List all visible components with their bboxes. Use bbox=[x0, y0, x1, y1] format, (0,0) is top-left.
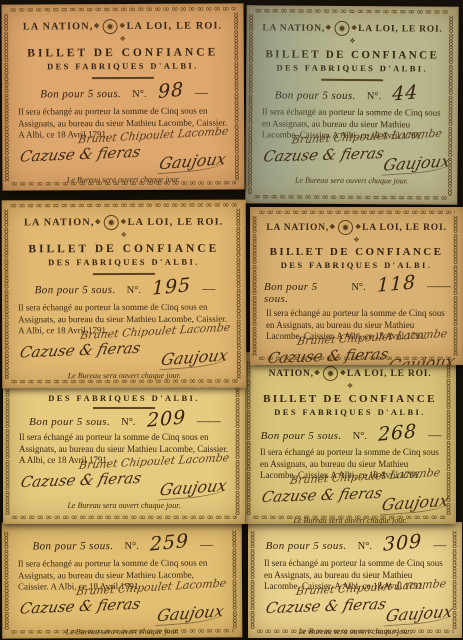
billet-note: LA NATION, LA LOI, LE ROI. BILLET DE CON… bbox=[248, 522, 462, 638]
serial-dash: — bbox=[200, 537, 211, 553]
serial-dash: —— bbox=[427, 278, 449, 294]
divider-rule bbox=[92, 77, 154, 79]
serial-number: 44 bbox=[392, 86, 418, 100]
serial-dash: — bbox=[428, 427, 439, 443]
billet-note: LA NATION, LA LOI, LE ROI. BILLET DE CON… bbox=[2, 200, 247, 389]
diamond-ornament-icon bbox=[264, 237, 449, 244]
rosette-icon bbox=[334, 21, 349, 36]
header-right-label: LA LOI, LE ROI. bbox=[347, 369, 432, 379]
billet-note: LA NATION, LA LOI, LE ROI. BILLET DE CON… bbox=[250, 207, 463, 365]
note-subtitle: DES FABRIQUES D'ALBI. bbox=[264, 260, 449, 270]
signature-right: Gaujoux bbox=[384, 602, 455, 627]
signature-right: Gaujoux bbox=[386, 352, 457, 365]
note-face: LA NATION, LA LOI, LE ROI. BILLET DE CON… bbox=[2, 3, 245, 190]
serial-number: 195 bbox=[152, 279, 191, 295]
serial-prefix: N°. bbox=[121, 417, 135, 428]
denomination-line: Bon pour 5 sous. N°. 259 — bbox=[16, 536, 228, 553]
denomination-line: Bon pour 5 sous. N°. 195 — bbox=[16, 281, 232, 298]
serial-number: 98 bbox=[158, 84, 184, 98]
note-face: LA NATION, LA LOI, LE ROI. BILLET DE CON… bbox=[250, 207, 463, 365]
signature-left: Cazuse & fieras bbox=[18, 143, 142, 166]
signature-left: Cazuse & fieras bbox=[260, 484, 384, 506]
serial-prefix: N°. bbox=[351, 282, 365, 293]
signature-right: Gaujoux bbox=[158, 149, 229, 174]
divider-rule bbox=[321, 79, 383, 81]
serial-number: 118 bbox=[377, 276, 416, 291]
serial-number: 309 bbox=[383, 535, 422, 550]
note-subtitle: DES FABRIQUES D'ALBI. bbox=[260, 62, 444, 73]
signature-row: Cazuse & fieras Gaujoux bbox=[17, 471, 231, 498]
billet-note: LA NATION, LA LOI, LE ROI. BILLET DE CON… bbox=[2, 3, 245, 190]
header-right-label: LA LOI, LE ROI. bbox=[127, 20, 223, 32]
denomination-label: Bon pour 5 sous. bbox=[275, 89, 356, 102]
diamond-ornament-icon bbox=[16, 232, 232, 240]
serial-number: 209 bbox=[147, 411, 186, 426]
signature-right: Gaujoux bbox=[160, 345, 231, 370]
signature-left: Cazuse & fieras bbox=[264, 595, 388, 617]
diamond-ornament-icon bbox=[260, 37, 444, 45]
signature-row: Cazuse & fieras Gaujoux bbox=[16, 145, 230, 173]
serial-prefix: N°. bbox=[124, 541, 138, 552]
denomination-line: Bon pour 5 sous. N°. 98 — bbox=[16, 84, 230, 101]
denomination-line: Bon pour 5 sous. N°. 268 — bbox=[258, 427, 442, 443]
header-left-label: LA NATION, bbox=[262, 23, 325, 33]
signature-row: Cazuse & fieras Gaujoux bbox=[16, 597, 228, 625]
note-face: NATION, LA LOI, LE ROI. BILLET DE CONFIA… bbox=[244, 352, 456, 524]
note-title: BILLET DE CONFIANCE bbox=[260, 48, 444, 61]
serial-dash: — bbox=[202, 281, 213, 297]
rosette-icon bbox=[103, 19, 118, 34]
header-left-label: LA NATION, bbox=[24, 217, 95, 228]
serial-dash: — bbox=[195, 85, 206, 101]
note-header: LA NATION, LA LOI, LE ROI. bbox=[16, 18, 230, 34]
signature-row: Cazuse & fieras Gaujoux bbox=[258, 486, 442, 513]
denomination-label: Bon pour 5 sous. bbox=[29, 416, 110, 428]
note-subtitle: DES FABRIQUES D'ALBI. bbox=[258, 407, 442, 417]
signature-left: Cazuse & fieras bbox=[18, 339, 142, 362]
denomination-label: Bon pour 5 sous. bbox=[32, 540, 113, 552]
denomination-line: Bon pour 5 sous. N°. 309 — bbox=[262, 537, 448, 553]
serial-prefix: N°. bbox=[358, 541, 372, 552]
serial-prefix: N°. bbox=[127, 285, 141, 296]
diamond-ornament-icon bbox=[16, 35, 230, 43]
header-left-label: NATION, bbox=[269, 369, 314, 379]
serial-dash: — bbox=[433, 537, 444, 553]
header-left-label: LA NATION, bbox=[23, 21, 94, 32]
billet-note: NATION, LA LOI, LE ROI. BILLET DE CONFIA… bbox=[244, 352, 456, 524]
divider-rule bbox=[93, 273, 155, 275]
header-right-label: LA LOI, LE ROI. bbox=[128, 217, 224, 228]
header-right-label: LA LOI, LE ROI. bbox=[362, 223, 447, 233]
footer-text: Le Bureau sera ouvert chaque jour. bbox=[17, 501, 231, 510]
serial-prefix: N°. bbox=[353, 431, 367, 442]
billet-note: LA NATION, LA LOI, LE ROI. BILLET DE CON… bbox=[245, 5, 458, 204]
note-subtitle: DES FABRIQUES D'ALBI. bbox=[16, 60, 230, 71]
note-title: BILLET DE CONFIANCE bbox=[264, 246, 449, 258]
footer-text: Le Bureau sera ouvert chaque jour. bbox=[16, 175, 230, 185]
diamond-ornament-icon bbox=[258, 383, 442, 390]
footer-text: Le Bureau sera ouvert chaque jour. bbox=[258, 516, 442, 524]
signature-left: Cazuse & fieras bbox=[18, 595, 142, 618]
rosette-icon bbox=[104, 215, 119, 230]
signature-right: Gaujoux bbox=[380, 491, 451, 516]
signature-row: Cazuse & fieras Gaujoux bbox=[260, 145, 444, 173]
signature-left: Cazuse & fieras bbox=[19, 469, 143, 491]
signature-left: Cazuse & fieras bbox=[262, 144, 386, 165]
denomination-label: Bon pour 5 sous. bbox=[264, 281, 340, 305]
footer-text: Le Bureau sera ouvert chaque jour. bbox=[16, 371, 232, 381]
note-header: LA NATION, LA LOI, LE ROI. bbox=[16, 215, 232, 231]
serial-number: 259 bbox=[150, 535, 189, 551]
signature-left: Cazuse & fieras bbox=[266, 345, 390, 365]
note-title: BILLET DE CONFIANCE bbox=[16, 46, 230, 59]
signature-row: Cazuse & fieras Gaujoux bbox=[262, 597, 448, 624]
serial-number: 268 bbox=[378, 425, 417, 440]
note-subtitle: DES FABRIQUES D'ALBI. bbox=[16, 257, 232, 268]
signature-right: Gaujoux bbox=[382, 151, 453, 175]
divider-rule bbox=[93, 407, 155, 409]
note-header: LA NATION, LA LOI, LE ROI. bbox=[260, 20, 444, 36]
signature-row: Cazuse & fieras Gaujoux bbox=[16, 341, 232, 369]
signature-row: Cazuse & fieras Gaujoux bbox=[264, 347, 449, 365]
denomination-label: Bon pour 5 sous. bbox=[35, 284, 116, 296]
note-title: BILLET DE CONFIANCE bbox=[258, 393, 442, 405]
signature-right: Gaujoux bbox=[158, 476, 229, 501]
note-face: LA NATION, LA LOI, LE ROI. BILLET DE CON… bbox=[248, 522, 462, 638]
note-subtitle: DES FABRIQUES D'ALBI. bbox=[17, 393, 231, 403]
note-header: NATION, LA LOI, LE ROI. bbox=[258, 366, 442, 381]
note-title: BILLET DE CONFIANCE bbox=[16, 243, 232, 256]
footer-text: Le Bureau sera ouvert chaque jour. bbox=[259, 175, 443, 185]
serial-dash: —— bbox=[197, 413, 219, 429]
header-left-label: LA NATION, bbox=[266, 223, 329, 233]
serial-prefix: N°. bbox=[132, 89, 146, 100]
rosette-icon bbox=[338, 220, 353, 235]
note-face: LA NATION, LA LOI, LE ROI. BILLET DE CON… bbox=[245, 5, 458, 204]
denomination-label: Bon pour 5 sous. bbox=[266, 540, 347, 552]
rosette-icon bbox=[323, 366, 338, 381]
note-header: LA NATION, LA LOI, LE ROI. bbox=[264, 220, 449, 235]
signature-right: Gaujoux bbox=[156, 601, 227, 626]
scanned-notes-collage: LA NATION, LA LOI, LE ROI. BILLET DE CON… bbox=[0, 0, 463, 640]
footer-text: Le Bureau sera ouvert chaque jour. bbox=[16, 627, 228, 637]
denomination-line: Bon pour 5 sous. N°. 44 bbox=[260, 86, 444, 102]
note-face: LA NATION, LA LOI, LE ROI. BILLET DE CON… bbox=[2, 200, 247, 389]
denomination-line: Bon pour 5 sous. N°. 209 —— bbox=[17, 413, 231, 429]
denomination-label: Bon pour 5 sous. bbox=[40, 88, 121, 100]
denomination-line: Bon pour 5 sous. N°. 118 —— bbox=[264, 278, 449, 305]
denomination-label: Bon pour 5 sous. bbox=[261, 430, 342, 442]
header-right-label: LA LOI, LE ROI. bbox=[358, 24, 443, 35]
billet-note: LA NATION, LA LOI, LE ROI. BILLET DE CON… bbox=[2, 521, 243, 638]
serial-prefix: N°. bbox=[367, 91, 381, 102]
footer-text: Le Bureau sera ouvert chaque jour. bbox=[262, 627, 448, 636]
note-face: LA NATION, LA LOI, LE ROI. BILLET DE CON… bbox=[2, 521, 243, 638]
